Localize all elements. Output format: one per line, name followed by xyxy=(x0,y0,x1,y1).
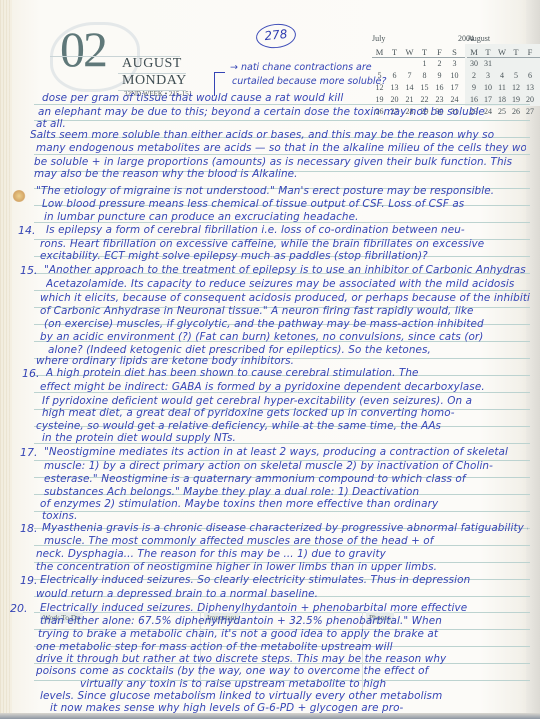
note-line: which it elicits, because of consequent … xyxy=(40,292,530,304)
diary-page: 02 AUGUST MONDAY 32ND WEEK • 215-151 278… xyxy=(0,0,540,719)
note-line: by an acidic environment (?) (Fat can bu… xyxy=(40,331,528,343)
calendar-day xyxy=(402,58,417,70)
note-line: dose per gram of tissue that would cause… xyxy=(42,92,522,104)
calendar-day: 3 xyxy=(481,70,495,82)
header-rule xyxy=(118,90,186,91)
calendar-weekday-header: T xyxy=(387,46,402,58)
calendar-day xyxy=(372,58,387,70)
note-line: poisons come as cocktails (by the way, o… xyxy=(36,665,528,677)
note-line: excitability. ECT might solve epilepsy m… xyxy=(40,250,528,262)
note-line: (on exercise) muscles, if glycolytic, an… xyxy=(44,318,528,330)
note-line: trying to brake a metabolic chain, it's … xyxy=(38,628,528,640)
calendar-month-title: August xyxy=(467,34,490,43)
month-label: AUGUST xyxy=(122,56,182,72)
calendar-weekday-header: S xyxy=(447,46,462,58)
ruled-line xyxy=(34,154,530,155)
note-line: Acetazolamide. Its capacity to reduce se… xyxy=(46,278,526,290)
note-line: an elephant may be due to this; beyond a… xyxy=(38,106,528,118)
calendar-weekday-header: T xyxy=(481,46,495,58)
note-line: muscle. The most commonly affected muscl… xyxy=(44,535,528,547)
calendar-weekday-header: W xyxy=(402,46,417,58)
calendar-day: 6 xyxy=(523,70,537,82)
note-number: 18. xyxy=(20,522,38,535)
note-number: 16. xyxy=(22,367,40,380)
note-line: many endogenous metabolites are acids — … xyxy=(36,142,526,154)
note-line: neck. Dysphagia... The reason for this m… xyxy=(36,548,528,560)
calendar-day: 5 xyxy=(372,70,387,82)
calendar-weekday-header: M xyxy=(372,46,387,58)
note-line: than either alone: 67.5% diphenylhydanto… xyxy=(40,615,528,627)
note-line: one metabolic step for mass action of th… xyxy=(36,641,526,653)
header-rule xyxy=(50,56,180,57)
calendar-weekday-header: T xyxy=(509,46,523,58)
note-line: substances Ach belongs." Maybe they play… xyxy=(44,486,528,498)
note-line: muscle: 1) by a direct primary action on… xyxy=(44,460,528,472)
note-line: Electrically induced seizures. So clearl… xyxy=(40,574,526,586)
note-line: of Carbonic Anhydrase in Neuronal tissue… xyxy=(40,305,528,317)
ruled-line xyxy=(34,290,530,291)
note-line: Myasthenia gravis is a chronic disease c… xyxy=(42,522,528,534)
note-number: 17. xyxy=(20,446,38,459)
note-line: cysteine, so would get a relative defici… xyxy=(36,420,528,432)
calendar-day: 2 xyxy=(432,58,447,70)
calendar-day xyxy=(523,58,537,70)
calendar-day xyxy=(509,58,523,70)
note-line: effect might be indirect: GABA is formed… xyxy=(40,381,528,393)
calendar-weekday-header: F xyxy=(432,46,447,58)
note-line: A high protein diet has been shown to ca… xyxy=(46,367,516,379)
header-rule xyxy=(118,73,186,74)
note-number: 15. xyxy=(20,264,38,277)
note-line: rons. Heart fibrillation on excessive ca… xyxy=(40,238,528,250)
calendar-day: 2 xyxy=(467,70,481,82)
ruled-line xyxy=(34,104,530,105)
note-line: toxins. xyxy=(42,510,162,522)
note-line: virtually any toxin is to raise upstream… xyxy=(80,678,528,690)
note-line: the concentration of neostigmine higher … xyxy=(36,561,506,573)
calendar-day: 30 xyxy=(467,58,481,70)
calendar-day: 3 xyxy=(447,58,462,70)
note-line: drive it through but rather at two discr… xyxy=(36,653,528,665)
calendar-day: 4 xyxy=(495,70,509,82)
note-line: in lumbar puncture can produce an excruc… xyxy=(44,211,504,223)
calendar-weekday-header: T xyxy=(417,46,432,58)
note-line: in the protein diet would supply NTs. xyxy=(42,432,302,444)
date-header: 02 AUGUST MONDAY 32ND WEEK • 215-151 xyxy=(40,22,240,92)
note-line: "Another approach to the treatment of ep… xyxy=(44,264,526,276)
note-number: 19. xyxy=(20,574,38,587)
note-line: Salts seem more soluble than either acid… xyxy=(30,129,525,141)
note-line: would return a depressed brain to a norm… xyxy=(36,588,396,600)
day-number: 02 xyxy=(60,24,106,74)
calendar-day: 9 xyxy=(432,70,447,82)
calendar-day: 7 xyxy=(402,70,417,82)
note-line: esterase." Neostigmine is a quaternary a… xyxy=(44,473,528,485)
calendar-day: 10 xyxy=(447,70,462,82)
page-number-circled: 278 xyxy=(255,22,297,50)
calendar-weekday-header: F xyxy=(523,46,537,58)
calendar-day xyxy=(495,58,509,70)
calendar-day: 13 xyxy=(523,82,537,94)
calendar-day: 31 xyxy=(481,58,495,70)
note-line: high meat diet, a great deal of pyridoxi… xyxy=(42,407,528,419)
note-line: "The etiology of migraine is not underst… xyxy=(36,185,530,197)
note-line: may also be the reason why the blood is … xyxy=(34,168,414,180)
calendar-day: 1 xyxy=(417,58,432,70)
calendar-month-title: July xyxy=(372,34,385,43)
calendar-day xyxy=(387,58,402,70)
note-line: If pyridoxine deficient would get cerebr… xyxy=(42,395,528,407)
margin-note-line: → nati chane contractions are xyxy=(230,62,372,73)
note-line: levels. Since glucose metabolism linked … xyxy=(40,690,528,702)
note-number: 14. xyxy=(18,224,36,237)
note-number: 20. xyxy=(10,602,28,615)
calendar-day: 5 xyxy=(509,70,523,82)
note-line: Electrically induced seizures. Diphenylh… xyxy=(40,602,520,614)
calendar-weekday-header: M xyxy=(467,46,481,58)
weekday-label: MONDAY xyxy=(122,73,187,89)
note-line: "Neostigmine mediates its action in at l… xyxy=(44,446,528,458)
note-line: be soluble + in large proportions (amoun… xyxy=(34,156,530,168)
page-bottom-edge xyxy=(0,713,540,719)
coffee-stain xyxy=(12,190,26,202)
margin-note-line: curtailed because more soluble? xyxy=(232,76,386,87)
note-line: Is epilepsy a form of cerebral fibrillat… xyxy=(46,224,526,236)
calendar-day: 6 xyxy=(387,70,402,82)
calendar-day: 8 xyxy=(417,70,432,82)
calendar-weekday-header: W xyxy=(495,46,509,58)
note-line: of enzymes 2) stimulation. Maybe toxins … xyxy=(40,498,528,510)
note-line: Low blood pressure means less chemical o… xyxy=(42,198,530,210)
note-line: where ordinary lipids are ketone body in… xyxy=(36,355,356,367)
